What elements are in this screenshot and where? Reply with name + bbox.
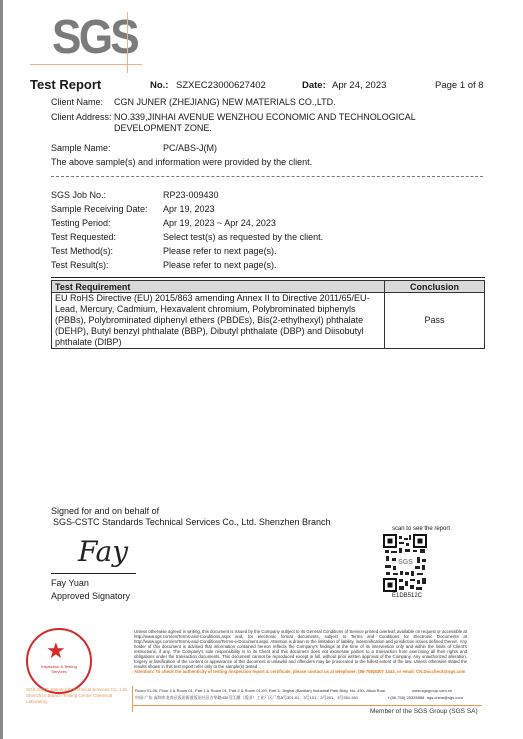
job-field-label: SGS Job No.: [51, 190, 106, 201]
logo-rule-vertical [127, 12, 128, 73]
report-date: Apr 24, 2023 [332, 80, 386, 91]
viewer-left-frame [0, 0, 3, 739]
sample-name: PC/ABS-J(M) [163, 143, 217, 154]
signed-on-behalf: Signed for and on behalf of [51, 506, 159, 517]
report-title: Test Report [30, 77, 101, 92]
job-field-label: Test Method(s): [51, 246, 113, 257]
client-name: CGN JUNER (ZHEJIANG) NEW MATERIALS CO.,L… [114, 97, 336, 108]
seal-text: Inspection & Testing Services [36, 664, 82, 674]
sample-note: The above sample(s) and information were… [51, 157, 312, 168]
qr-caption: scan to see the report [381, 526, 461, 532]
report-date-label: Date: [302, 80, 326, 91]
qr-verification-code: E1DB512C [387, 593, 427, 599]
disclaimer-text: Unless otherwise agreed in writing, this… [134, 629, 467, 669]
table-row: EU RoHS Directive (EU) 2015/863 amending… [52, 293, 485, 349]
job-field-value: Please refer to next page(s). [163, 246, 277, 257]
job-field-label: Sample Receiving Date: [51, 204, 148, 215]
divider-dashed-end [437, 176, 483, 177]
signatory-title: Approved Signatory [51, 591, 130, 602]
job-field-label: Test Result(s): [51, 260, 109, 271]
job-field-label: Testing Period: [51, 218, 111, 229]
signatory-name: Fay Yuan [51, 578, 89, 589]
footer-email[interactable]: sgs.china@sgs.com [427, 695, 463, 700]
client-address-line2: DEVELOPMENT ZONE. [114, 123, 212, 134]
seal-address: SGS-CSTC Standards Technical Services Co… [26, 687, 131, 705]
footer-website[interactable]: www.sgsgroup.com.cn [412, 688, 452, 693]
client-name-label: Client Name: [51, 97, 103, 108]
sgs-logo: SGS [52, 12, 137, 64]
footer-address-en: Room 01-06, Floor 4 & Room 01, Part 1 & … [135, 688, 385, 693]
job-field-value: RP23-009430 [163, 190, 219, 201]
conclusion-cell: Pass [385, 293, 485, 349]
client-address-label: Client Address: [51, 112, 112, 123]
authenticity-notice: Attention: To check the authenticity of … [134, 669, 467, 674]
header-test-requirement: Test Requirement [52, 281, 385, 293]
job-field-label: Test Requested: [51, 232, 116, 243]
member-of-sgs: Member of the SGS Group (SGS SA) [370, 708, 478, 715]
signature-line [51, 573, 136, 574]
handwritten-signature: Fay [78, 535, 128, 568]
qr-code-icon[interactable]: SGS [383, 534, 427, 592]
sample-name-label: Sample Name: [51, 143, 111, 154]
job-field-value: Select test(s) as requested by the clien… [163, 232, 323, 243]
legal-disclaimer: Unless otherwise agreed in writing, this… [134, 629, 467, 674]
signing-company: SGS-CSTC Standards Technical Services Co… [53, 517, 330, 528]
footer-address-cn: 中国·广东·深圳市龙岗区坂田街道坂田社区吉华路430号江灏（坂田）工业厂区厂房A… [135, 695, 385, 701]
footer-rule [132, 705, 482, 706]
divider-dashed [51, 176, 435, 177]
svg-text:SGS: SGS [398, 559, 413, 566]
report-number-label: No.: [150, 80, 168, 91]
test-requirement-table: Test Requirement Conclusion EU RoHS Dire… [51, 280, 485, 349]
report-number: SZXEC23000627402 [176, 80, 266, 91]
page-number: Page 1 of 8 [435, 80, 484, 91]
divider-solid [51, 277, 485, 278]
header-conclusion: Conclusion [385, 281, 485, 293]
footer-phone: t (86-755) 25328888 [388, 695, 424, 700]
job-field-value: Apr 19, 2023 ~ Apr 24, 2023 [163, 218, 276, 229]
requirement-cell: EU RoHS Directive (EU) 2015/863 amending… [52, 293, 385, 349]
report-header: Test Report No.: SZXEC23000627402 Date: … [30, 80, 500, 94]
seal-address-line2: Shenzhen Branch Testing Center Chemical … [26, 693, 131, 705]
job-field-value: Please refer to next page(s). [163, 260, 277, 271]
star-icon: ★ [46, 640, 66, 662]
logo-rule-horizontal [30, 64, 142, 65]
client-address-line1: NO.339,JINHAI AVENUE WENZHOU ECONOMIC AN… [114, 112, 416, 123]
job-field-value: Apr 19, 2023 [163, 204, 215, 215]
footer-accent-bar [132, 686, 133, 712]
